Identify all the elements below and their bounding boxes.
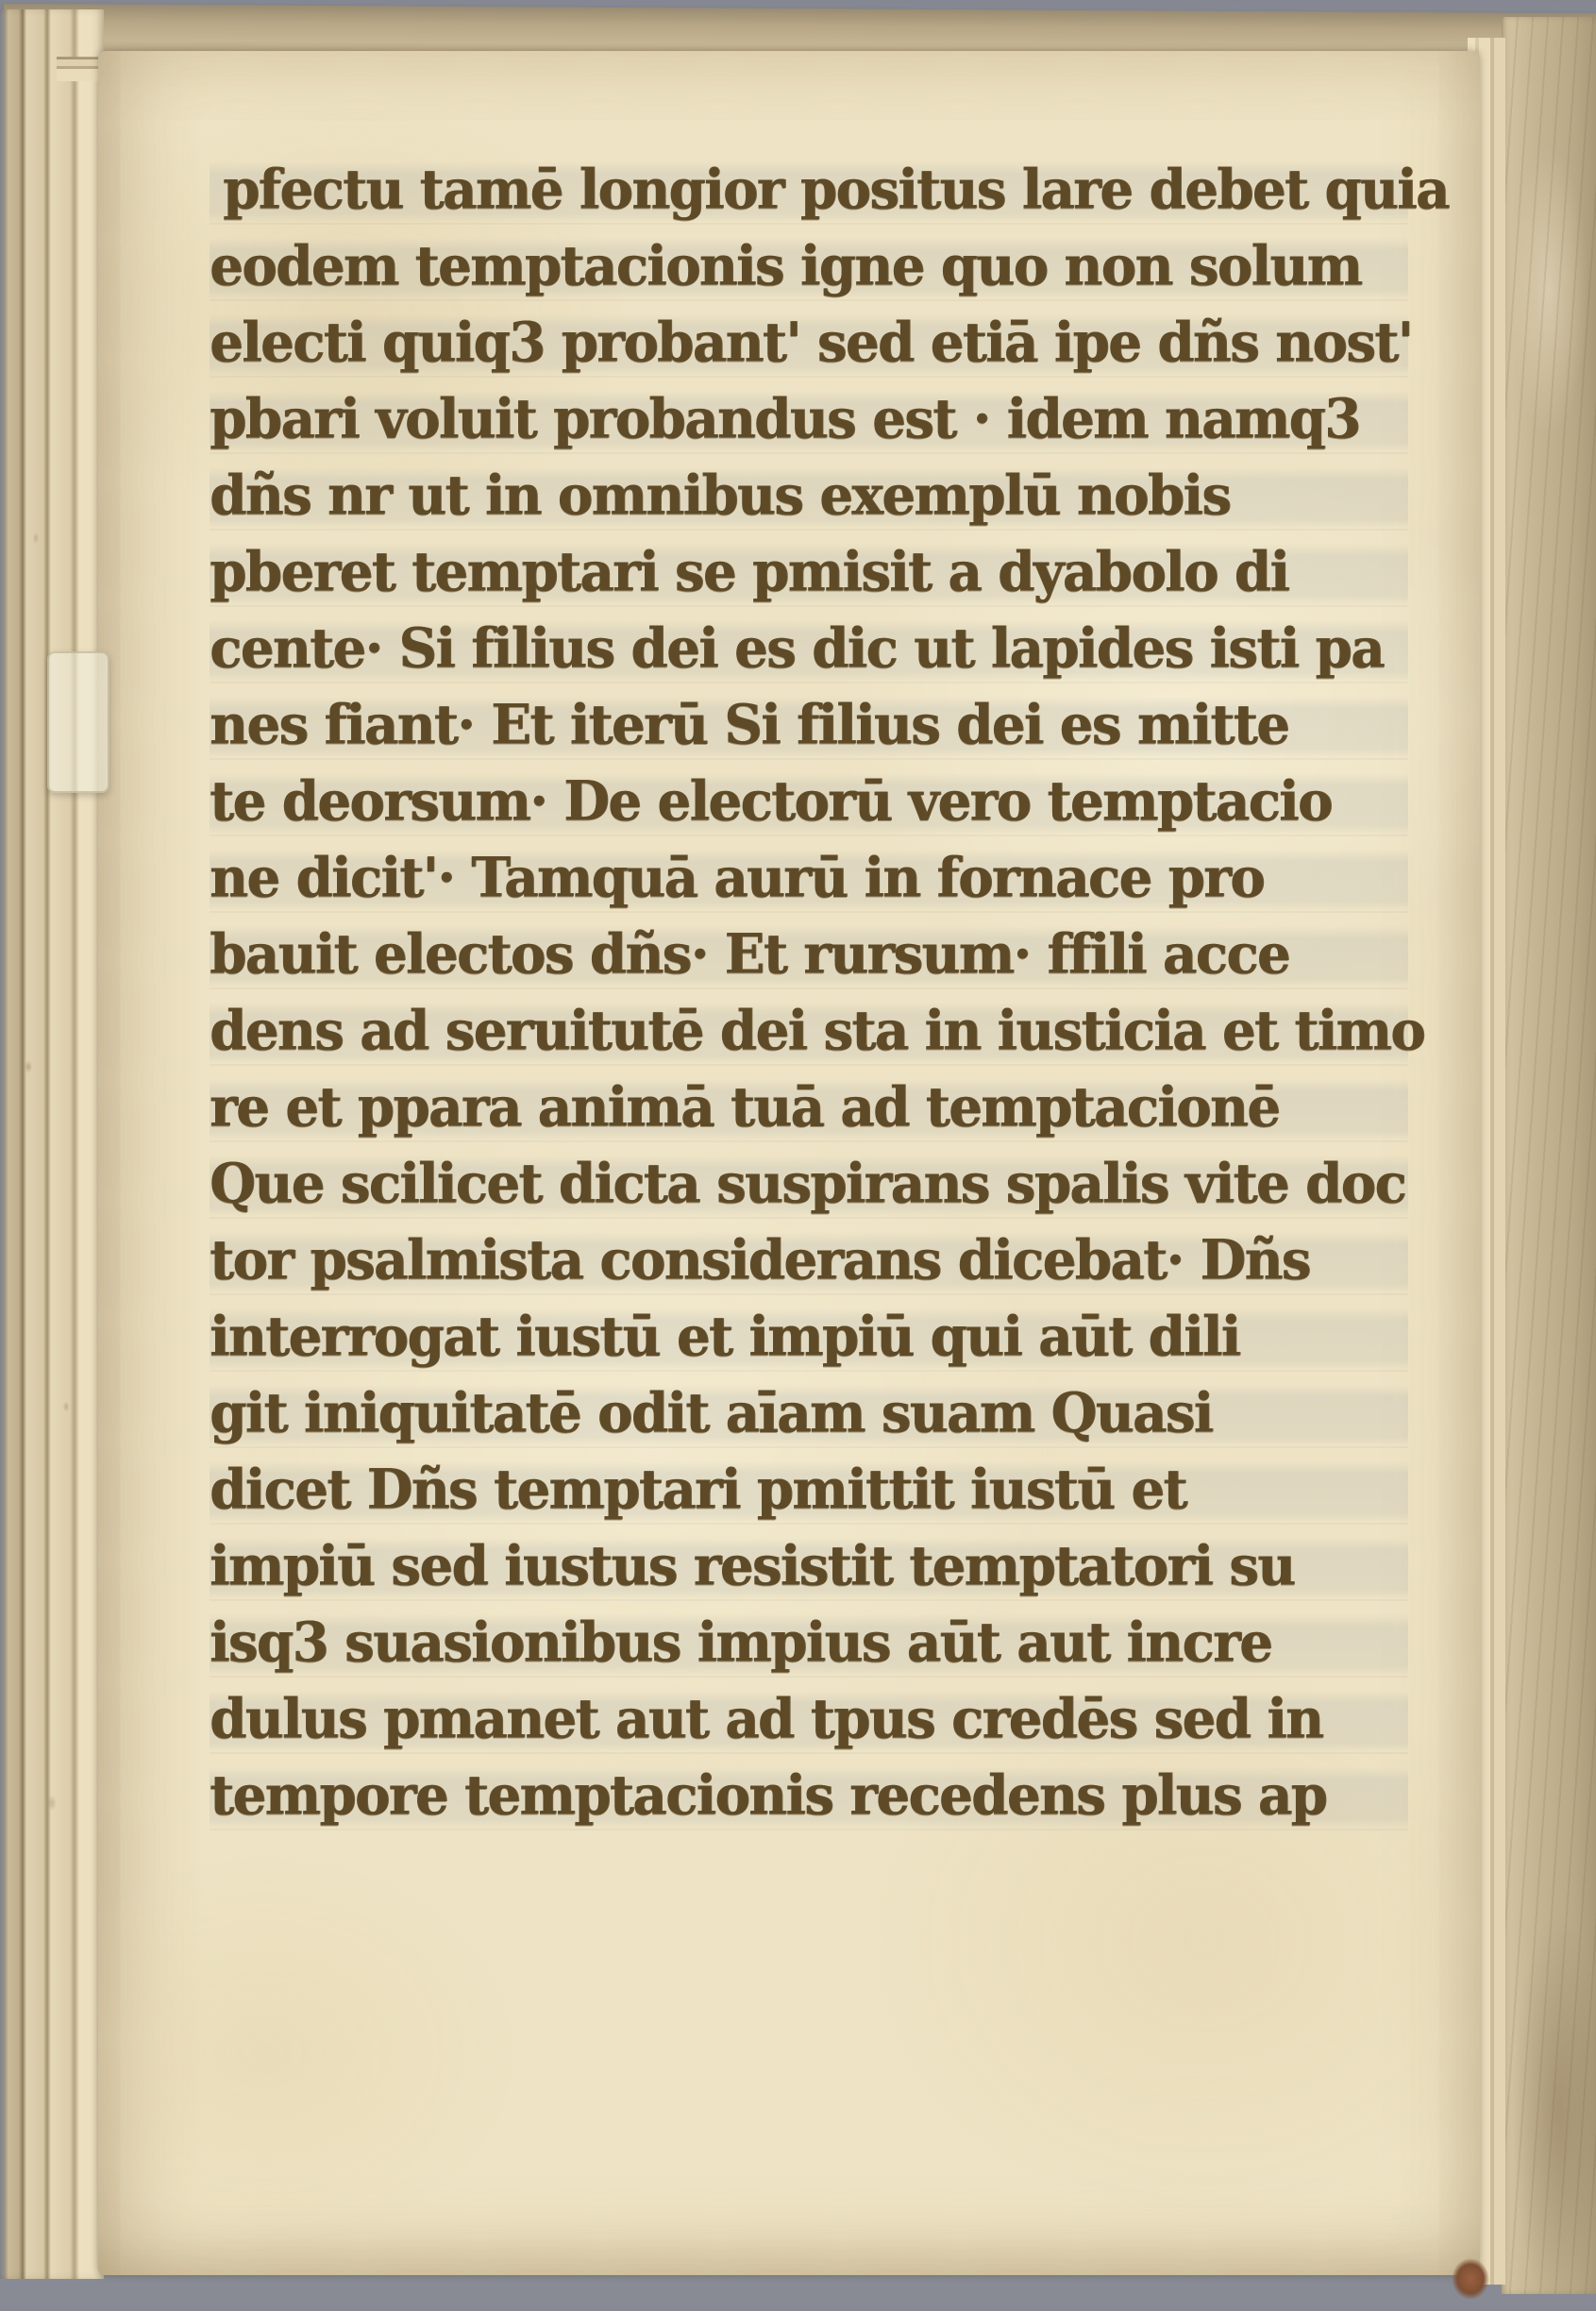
book-cover-right-edge — [1502, 17, 1596, 2294]
manuscript-text-line: dñs nr ut in omnibus exemplū nobis — [210, 455, 1408, 531]
manuscript-text-line: pberet temptari se pmisit a dyabolo di — [210, 531, 1408, 608]
manuscript-text-line: dens ad seruitutē dei sta in iusticia et… — [210, 990, 1408, 1067]
manuscript-text-line: impiū sed iustus resistit temptatori su — [210, 1526, 1408, 1602]
manuscript-text-line: electi quiq3 probant' sed etiā ipe dñs n… — [210, 302, 1408, 379]
manuscript-text-line: dicet Dñs temptari pmittit iustū et — [210, 1449, 1408, 1526]
manuscript-text-line: isq3 suasionibus impius aūt aut incre — [210, 1602, 1408, 1678]
vellum-tab — [47, 651, 109, 793]
manuscript-text-line: git iniquitatē odit aīam suam Quasi — [210, 1373, 1408, 1449]
manuscript-text-line: bauit electos dñs· Et rursum· ffili acce — [210, 914, 1408, 990]
binding-stain — [1452, 2258, 1489, 2300]
manuscript-text-line: cente· Si filius dei es dic ut lapides i… — [210, 608, 1408, 684]
manuscript-text-line: pbari voluit probandus est · idem namq3 — [210, 379, 1408, 455]
manuscript-text-line: dulus pmanet aut ad tpus credēs sed in — [210, 1678, 1408, 1755]
manuscript-text-line: nes fiant· Et iterū Si filius dei es mit… — [210, 684, 1408, 761]
manuscript-photo: pfectu tamē longior positus lare debet q… — [0, 0, 1596, 2311]
binding-leaf-edges-left — [0, 9, 104, 2279]
manuscript-text-line: pfectu tamē longior positus lare debet q… — [210, 149, 1408, 226]
manuscript-text-line: te deorsum· De electorū vero temptacio — [210, 761, 1408, 837]
manuscript-text-line: tor psalmista considerans dicebat· Dñs — [210, 1220, 1408, 1296]
manuscript-text-line: eodem temptacionis igne quo non solum — [210, 226, 1408, 302]
manuscript-text-line: ne dicit'· Tamquā aurū in fornace pro — [210, 837, 1408, 914]
manuscript-text-block: pfectu tamē longior positus lare debet q… — [210, 149, 1408, 1831]
manuscript-text-line: tempore temptacionis recedens plus ap — [210, 1755, 1408, 1831]
manuscript-text-line: re et ppara animā tuā ad temptacionē — [210, 1067, 1408, 1143]
manuscript-text-line: interrogat iustū et impiū qui aūt dili — [210, 1296, 1408, 1373]
manuscript-text-line: Que scilicet dicta suspirans spalis vite… — [210, 1143, 1408, 1220]
